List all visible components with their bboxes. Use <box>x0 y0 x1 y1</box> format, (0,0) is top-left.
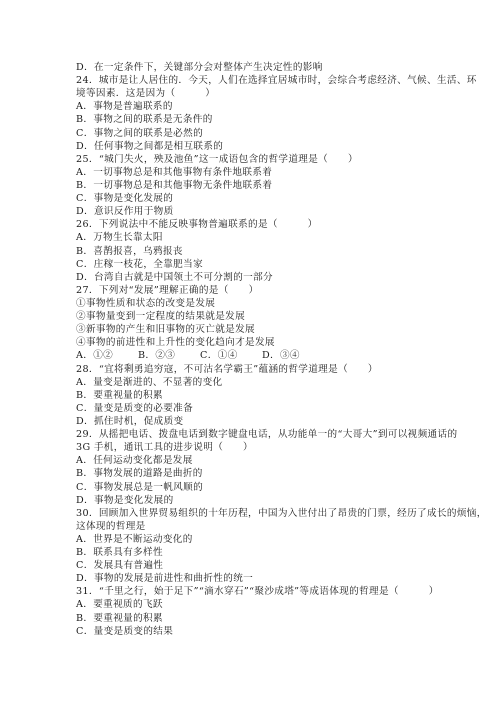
q30-option-c: C．发展具有普遍性 <box>76 559 436 572</box>
q25-stem: 25．“城门失火，殃及池鱼”这一成语包含的哲学道理是（ ） <box>76 153 436 166</box>
q23-option-d: D．在一定条件下，关键部分会对整体产生决定性的影响 <box>76 61 436 74</box>
q30-option-d: D．事物的发展是前进性和曲折性的统一 <box>76 572 436 585</box>
q28-option-d: D．抓住时机，促成质变 <box>76 415 436 428</box>
q29-option-c: C．事物发展总是一帆风顺的 <box>76 481 436 494</box>
q29-option-d: D．事物是变化发展的 <box>76 494 436 507</box>
q25-option-d: D．意识反作用于物质 <box>76 205 436 218</box>
q27-statement-4: ④事物的前进性和上升性的变化趋向才是发展 <box>76 336 436 349</box>
q27-option-a: A．①② <box>76 349 138 362</box>
q28-option-c: C．量变是质变的必要准备 <box>76 402 436 415</box>
q27-statement-2: ②事物量变到一定程度的结果就是发展 <box>76 310 436 323</box>
q28-stem: 28．“宜将剩勇追穷寇，不可沽名学霸王”蕴涵的哲学道理是（ ） <box>76 363 436 376</box>
q31-option-b: B．要重视量的积累 <box>76 612 436 625</box>
q29-stem-cont: 3G 手机，通讯工具的进步说明（ ） <box>76 441 436 454</box>
q30-stem: 30．回顾加入世界贸易组织的十年历程，中国为入世付出了昂贵的门票，经历了成长的烦… <box>76 507 436 520</box>
q24-stem: 24．城市是让人居住的．今天，人们在选择宜居城市时，会综合考虑经济、气候、生活、… <box>76 74 436 87</box>
q27-options: A．①②B．②③C．①④D．③④ <box>76 349 436 362</box>
q26-stem: 26．下列说法中不能反映事物普遍联系的是（ ） <box>76 218 436 231</box>
q25-option-a: A．一切事物总是和其他事物有条件地联系着 <box>76 166 436 179</box>
q28-option-b: B．要重视量的积累 <box>76 389 436 402</box>
q29-stem: 29．从摇把电话、拨盘电话到数字键盘电话，从功能单一的“大哥大”到可以视频通话的 <box>76 428 436 441</box>
q31-stem: 31．“千里之行，始于足下”“滴水穿石”“聚沙成塔”等成语体现的哲理是（ ） <box>76 585 436 598</box>
q29-option-b: B．事物发展的道路是曲折的 <box>76 467 436 480</box>
q27-statement-3: ③新事物的产生和旧事物的灭亡就是发展 <box>76 323 436 336</box>
q26-option-d: D．台湾自古就是中国领土不可分割的一部分 <box>76 271 436 284</box>
q24-stem-cont: 境等因素．这是因为（ ） <box>76 87 436 100</box>
q24-option-a: A．事物是普遍联系的 <box>76 100 436 113</box>
q26-option-b: B．喜鹊报喜，乌鸦报丧 <box>76 245 436 258</box>
q27-option-b: B．②③ <box>138 349 200 362</box>
q30-option-b: B．联系具有多样性 <box>76 546 436 559</box>
exam-page: D．在一定条件下，关键部分会对整体产生决定性的影响 24．城市是让人居住的．今天… <box>76 61 436 638</box>
q27-statement-1: ①事物性质和状态的改变是发展 <box>76 297 436 310</box>
q24-option-c: C．事物之间的联系是必然的 <box>76 127 436 140</box>
q25-option-b: B．一切事物总是和其他事物无条件地联系着 <box>76 179 436 192</box>
q24-option-d: D．任何事物之间都是相互联系的 <box>76 140 436 153</box>
q30-stem-cont: 这体现的哲理是 <box>76 520 436 533</box>
q27-stem: 27．下列对“发展”理解正确的是（ ） <box>76 284 436 297</box>
q30-option-a: A．世界是不断运动变化的 <box>76 533 436 546</box>
q31-option-a: A．要重视质的飞跃 <box>76 598 436 611</box>
q27-option-c: C．①④ <box>200 349 262 362</box>
q27-option-d: D．③④ <box>262 349 324 362</box>
q29-option-a: A．任何运动变化都是发展 <box>76 454 436 467</box>
q26-option-a: A．万物生长靠太阳 <box>76 231 436 244</box>
q24-option-b: B．事物之间的联系是无条件的 <box>76 113 436 126</box>
q25-option-c: C．事物是变化发展的 <box>76 192 436 205</box>
q31-option-c: C．量变是质变的结果 <box>76 625 436 638</box>
q26-option-c: C．庄稼一枝花，全靠肥当家 <box>76 258 436 271</box>
q28-option-a: A．量变是渐进的、不显著的变化 <box>76 376 436 389</box>
